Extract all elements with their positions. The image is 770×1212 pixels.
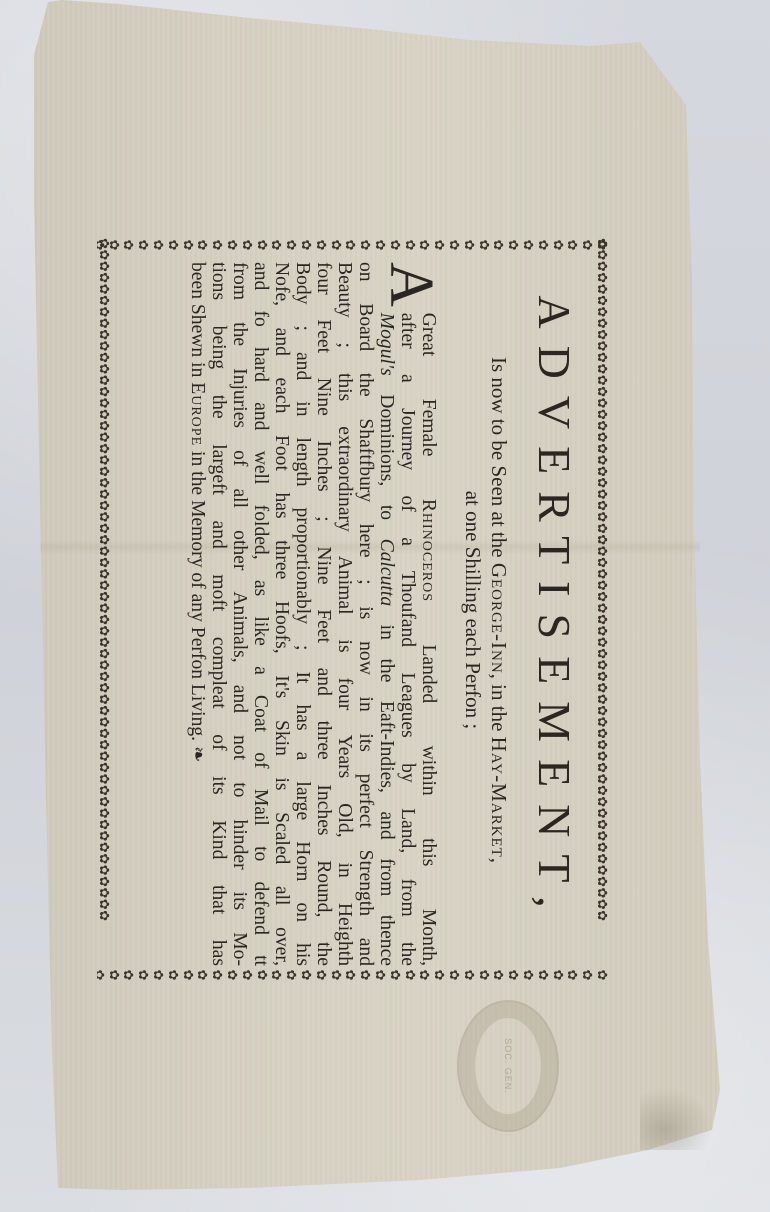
place-george-inn: George-Inn [487,563,511,674]
drop-cap: A [387,262,435,307]
body-text-run: Dominions, to [376,376,397,539]
ornament-border-right: ✿✿✿✿✿✿✿✿✿✿✿✿✿✿✿✿✿✿✿✿✿✿✿✿✿✿✿✿✿✿✿✿✿✿✿✿✿✿✿✿ [97,968,609,982]
printed-broadside: ✿✿✿✿✿✿✿✿✿✿✿✿✿✿✿✿✿✿✿✿✿✿✿✿✿✿✿✿✿✿✿✿✿✿✿✿✿✿✿✿… [97,238,609,982]
body-text-run: Europe [187,382,208,446]
body-text-run: Rhinoceros [418,499,439,602]
body-text-run: from the Injuries of all other Animals, … [229,262,250,966]
body-line: tions being the largeft and moft complea… [208,262,229,966]
body-text: A Great Female Rhinoceros Landed within … [187,262,439,966]
body-line: been Shewn in Europe in the Memory of an… [187,262,208,966]
body-text-run: in the Eaft-Indies, and from thence [376,606,397,966]
ornament-border-bottom: ✿✿✿✿✿✿✿✿✿✿✿✿✿✿✿✿✿✿✿✿✿✿✿✿✿✿✿✿✿✿✿✿✿✿✿✿✿✿✿✿… [97,238,111,982]
subtitle-text: , in the [487,674,511,737]
body-line: Mogul's Dominions, to Calcutta in the Ea… [376,262,397,966]
body-text-run: tions being the largeft and moft complea… [208,262,229,966]
body-text-run: four Feet Nine Inches ; Nine Feet and th… [313,262,334,966]
body-line: after a Journey of a Thoufand Leagues by… [397,262,418,966]
paper-corner-curl [640,1080,720,1150]
end-ornament-icon: ❧ [187,741,208,762]
body-text-run: Calcutta [376,539,397,607]
body-line: Body ; and in length proportionably ; It… [292,262,313,966]
subtitle-text: Is now to be Seen at the [487,357,511,563]
body-line: Great Female Rhinoceros Landed within th… [418,262,439,966]
subtitle-location: Is now to be Seen at the George-Inn, in … [487,254,511,966]
ornament-border-top: ✿✿✿✿✿✿✿✿✿✿✿✿✿✿✿✿✿✿✿✿✿✿✿✿✿✿✿✿✿✿✿✿✿✿✿✿✿✿✿✿… [595,238,609,982]
embossed-seal-stamp: SOC. GEN. [457,1000,559,1132]
body-line: four Feet Nine Inches ; Nine Feet and th… [313,262,334,966]
body-text-run: in the Memory of any Perfon Living. [187,446,208,741]
body-line: Beauty ; this extraordinary Animal is fo… [334,262,355,966]
body-text-run: Great Female [418,313,439,499]
body-text-run: Landed within this Month, [418,602,439,966]
place-hay-market: Hay-Market [487,737,511,858]
body-text-run: Nofe, and each Foot has three Hoofs, It'… [271,262,292,966]
body-text-run: been Shewn in [187,262,208,382]
seal-text: SOC. GEN. [503,1038,513,1094]
body-text-run: after a Journey of a Thoufand Leagues by… [397,313,418,966]
subtitle-price: at one Shilling each Perfon ; [461,254,485,966]
body-line: from the Injuries of all other Animals, … [229,262,250,966]
body-line: Nofe, and each Foot has three Hoofs, It'… [271,262,292,966]
ornament-border-left: ✿✿✿✿✿✿✿✿✿✿✿✿✿✿✿✿✿✿✿✿✿✿✿✿✿✿✿✿✿✿✿✿✿✿✿✿✿✿✿✿ [97,238,609,252]
body-lines: Great Female Rhinoceros Landed within th… [187,262,439,966]
headline-title: ADVERTISEMENT, [529,258,579,962]
body-line: on Board the Shaftfbury here ; is now in… [355,262,376,966]
body-text-run: Body ; and in length proportionably ; It… [292,262,313,966]
body-text-run: on Board the Shaftfbury here ; is now in… [355,262,376,966]
body-text-run: and fo hard and well folded, as like a C… [250,262,271,966]
body-text-run: Beauty ; this extraordinary Animal is fo… [334,262,355,966]
body-line: and fo hard and well folded, as like a C… [250,262,271,966]
subtitle-text: , [487,858,511,863]
body-text-run: Mogul's [376,313,397,376]
